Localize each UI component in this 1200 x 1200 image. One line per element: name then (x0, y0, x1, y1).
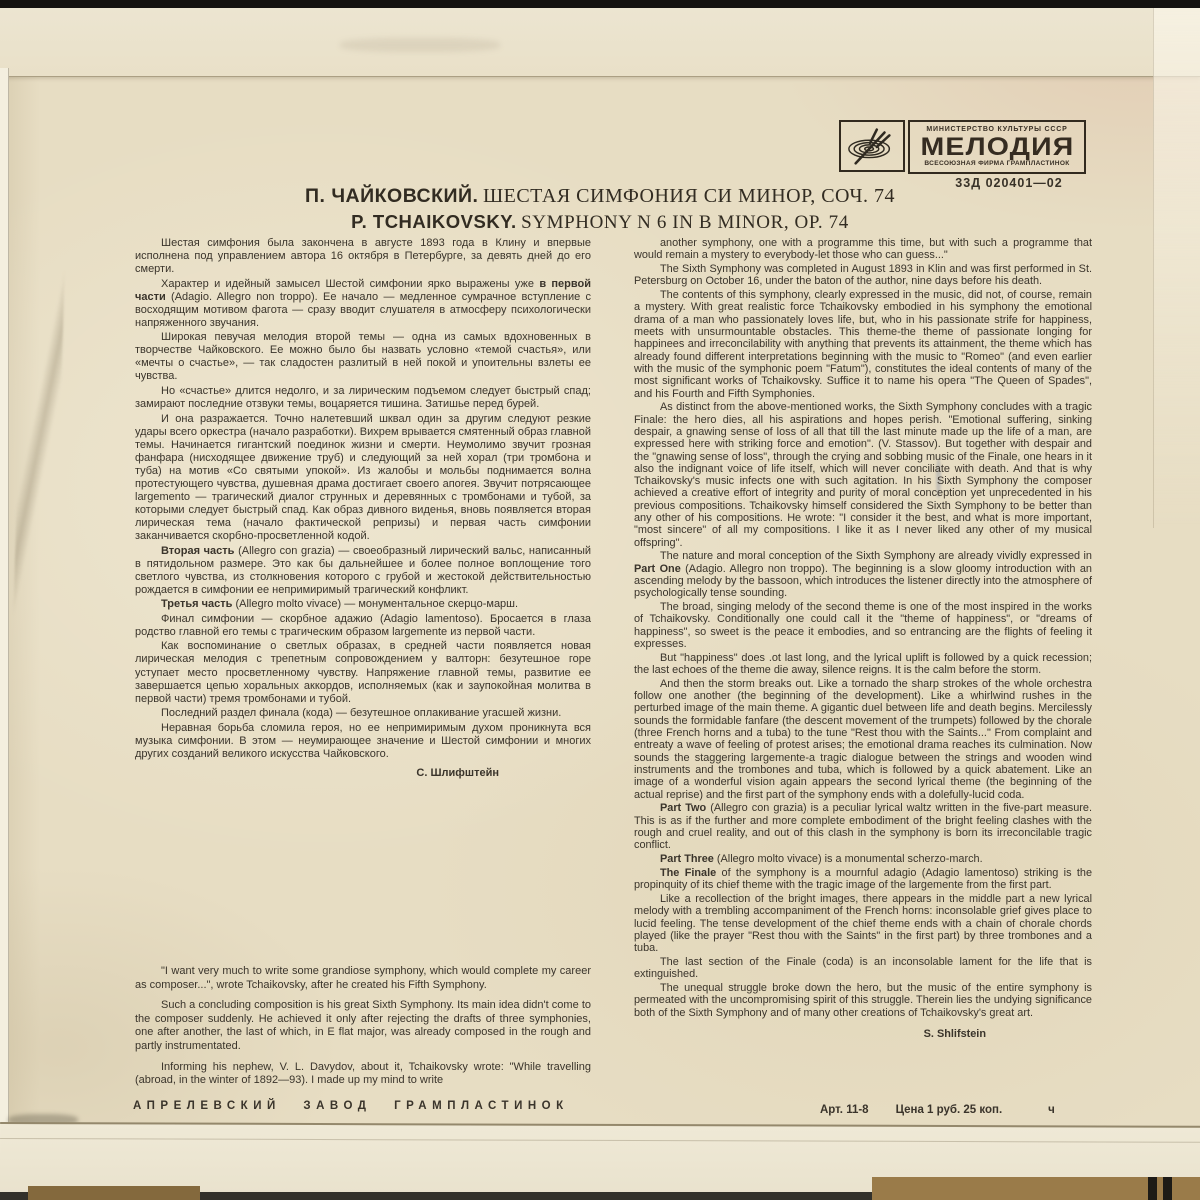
paragraph-en: "I want very much to write some grandios… (135, 965, 591, 992)
paragraph-ru: Характер и идейный замысел Шестой симфон… (135, 278, 591, 330)
paragraph-ru: Широкая певучая мелодия второй темы — од… (135, 331, 591, 383)
paragraph-en: The last section of the Finale (coda) is… (634, 956, 1092, 981)
paragraph-ru: Вторая часть (Allegro con grazia) — свое… (135, 545, 591, 597)
paragraph-en: The unequal struggle broke down the hero… (634, 982, 1092, 1019)
work-title-en: SYMPHONY N 6 IN B MINOR, OP. 74 (521, 212, 849, 233)
price: Цена 1 руб. 25 коп. (896, 1104, 1003, 1116)
english-intro-column: "I want very much to write some grandios… (135, 965, 591, 1095)
paragraph-ru: Но «счастье» длится недолго, и за лириче… (135, 385, 591, 411)
paragraph-en: But "happiness" does .ot last long, and … (634, 652, 1092, 677)
paragraph-ru: Финал симфонии — скорбное адажио (Adagio… (135, 613, 591, 639)
paragraph-ru: Неравная борьба сломила героя, но ее неп… (135, 722, 591, 761)
work-title-ru: ШЕСТАЯ СИМФОНИЯ СИ МИНОР, СОЧ. 74 (483, 185, 895, 207)
paragraph-ru: Третья часть (Allegro molto vivace) — мо… (135, 598, 591, 611)
author-signature-ru: С. Шлифштейн (135, 767, 591, 780)
paragraph-en: Informing his nephew, V. L. Davydov, abo… (135, 1061, 591, 1088)
paragraph-en: The Finale of the symphony is a mournful… (634, 867, 1092, 892)
cardboard-strip-left (28, 1186, 200, 1200)
label-name: МЕЛОДИЯ (920, 134, 1074, 160)
black-mark (1163, 1177, 1172, 1200)
album-back-cover: МИНИСТЕРСТВО КУЛЬТУРЫ СССР МЕЛОДИЯ ВСЕСО… (0, 8, 1200, 1200)
paragraph-en: As distinct from the above-mentioned wor… (634, 401, 1092, 549)
title-english: P. TCHAIKOVSKY. SYMPHONY N 6 IN B MINOR,… (0, 210, 1200, 236)
record-tuning-fork-icon (839, 120, 905, 172)
page-title: П. ЧАЙКОВСКИЙ. ШЕСТАЯ СИМФОНИЯ СИ МИНОР,… (0, 185, 1200, 235)
paragraph-en: The broad, singing melody of the second … (634, 601, 1092, 650)
paragraph-en: Part Three (Allegro molto vivace) is a m… (634, 853, 1092, 865)
sleeve-right-seam (1153, 8, 1200, 528)
paragraph-ru: Как воспоминание о светлых образах, в ср… (135, 640, 591, 705)
composer-name-en: P. TCHAIKOVSKY. (351, 211, 516, 232)
paragraph-en: And then the storm breaks out. Like a to… (634, 678, 1092, 801)
paragraph-en: The Sixth Symphony was completed in Augu… (634, 263, 1092, 288)
sleeve-left-edge (0, 68, 9, 1200)
sleeve-top-flap (0, 8, 1200, 77)
firm-line: ВСЕСОЮЗНАЯ ФИРМА ГРАМПЛАСТИНОК (924, 160, 1069, 168)
paragraph-en: Such a concluding composition is his gre… (135, 999, 591, 1053)
paragraph-en: Like a recollection of the bright images… (634, 893, 1092, 954)
pressing-plant-line: АПРЕЛЕВСКИЙ ЗАВОД ГРАМПЛАСТИНОК (133, 1100, 569, 1112)
paragraph-ru: И она разражается. Точно налетевший шква… (135, 413, 591, 543)
paragraph-ru: Последний раздел финала (кода) — безутеш… (135, 707, 591, 720)
price-line: Арт. 11-8 Цена 1 руб. 25 коп. ч (820, 1104, 1055, 1116)
print-mark: ч (1048, 1104, 1055, 1116)
paragraph-en: The nature and moral conception of the S… (634, 550, 1092, 599)
cardboard-strip-right (872, 1177, 1200, 1200)
paragraph-en: Part Two (Allegro con grazia) is a pecul… (634, 802, 1092, 851)
black-mark (1148, 1177, 1157, 1200)
english-notes-column: another symphony, one with a programme t… (634, 237, 1092, 1051)
russian-notes-column: Шестая симфония была закончена в августе… (135, 237, 591, 791)
dirt-smudge (340, 38, 500, 52)
composer-name-ru: П. ЧАЙКОВСКИЙ. (305, 185, 479, 207)
article-number: Арт. 11-8 (820, 1104, 869, 1116)
melodiya-logo-text: МИНИСТЕРСТВО КУЛЬТУРЫ СССР МЕЛОДИЯ ВСЕСО… (908, 120, 1086, 174)
author-signature-en: S. Shlifstein (634, 1028, 1092, 1040)
paragraph-en: another symphony, one with a programme t… (634, 237, 1092, 262)
record-tuning-fork-icon (845, 126, 899, 166)
paragraph-en: The contents of this symphony, clearly e… (634, 289, 1092, 400)
melodiya-logo: МИНИСТЕРСТВО КУЛЬТУРЫ СССР МЕЛОДИЯ ВСЕСО… (839, 120, 1086, 174)
title-russian: П. ЧАЙКОВСКИЙ. ШЕСТАЯ СИМФОНИЯ СИ МИНОР,… (0, 185, 1200, 210)
paragraph-ru: Шестая симфония была закончена в августе… (135, 237, 591, 276)
